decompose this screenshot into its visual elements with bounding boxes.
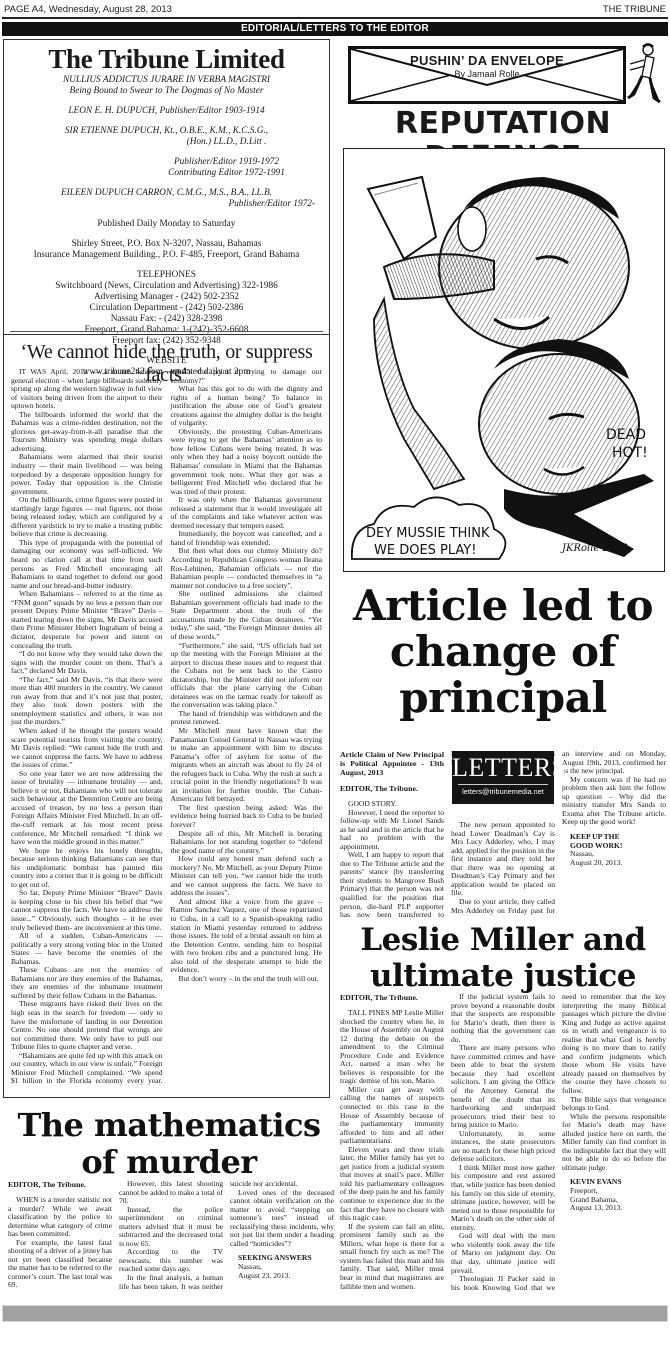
letter-leslie-body: EDITOR, The Tribune. TALL PINES MP Lesli… xyxy=(340,993,666,1293)
paragraph: Miller can get away with calling the nam… xyxy=(340,1086,444,1146)
paragraph: TALL PINES MP Leslie Miller shocked the … xyxy=(340,1009,444,1086)
cartoon-title: REPUTATION DEFENCE xyxy=(338,107,668,141)
motto-translation: Being Bound to Swear to The Dogmas of No… xyxy=(4,86,329,97)
paragraph: On the billboards, crime figures were po… xyxy=(11,496,163,539)
svg-text:JKRolle 2013: JKRolle 2013 xyxy=(560,543,628,554)
paragraph: We hope he enjoys his lonely thoughts, b… xyxy=(11,847,163,890)
paragraph: The Bible says that vengeance belongs to… xyxy=(562,1096,666,1113)
paragraph: The first question being asked: Was the … xyxy=(171,804,323,830)
phone-line: Circulation Department - (242) 502-2386 xyxy=(4,303,329,314)
letter-salutation: EDITOR, The Tribune. xyxy=(340,784,444,793)
paragraph: But then what does our clumsy Ministry d… xyxy=(171,547,323,590)
phone-line: Switchboard (News, Circulation and Adver… xyxy=(4,281,329,292)
letter-headline-principal: Article led to change of principal xyxy=(336,583,670,721)
paragraph: I think Miller must now gather his compo… xyxy=(451,1164,555,1232)
editorial-cartoon: DEY MUSSIE THINK WE DOES PLAY! DEAD HOT!… xyxy=(343,148,665,572)
paragraph: God will deal with the men who violently… xyxy=(451,1232,555,1275)
letter-headline-leslie: Leslie Miller and ultimate justice xyxy=(336,922,670,994)
letter-signoff: SEEKING ANSWERS Nassau, August 23, 2013. xyxy=(230,1254,334,1280)
second-editor-role: Publisher/Editor 1919-1972 xyxy=(4,157,329,168)
letter-kicker: Article Claim of New Principal is Politi… xyxy=(340,750,444,777)
pushing-man-icon xyxy=(626,42,664,108)
paragraph: “The fact,” said Mr Davis, “is that ther… xyxy=(11,676,163,727)
paragraph: All of a sudden, Cuban-Americans — polit… xyxy=(11,932,163,966)
svg-text:HOT!: HOT! xyxy=(612,445,648,461)
letters-logo-label: LETTERS xyxy=(452,753,554,783)
motto: NULLIUS ADDICTUS JURARE IN VERBA MAGISTR… xyxy=(4,75,329,86)
paragraph: “I do not know why they would take down … xyxy=(11,650,163,676)
paragraph: “Furthermore,” she said, “US officials h… xyxy=(171,642,323,710)
paragraph: So one year later we are now addressing … xyxy=(11,770,163,847)
letter-signoff: KEVIN EVANS Freeport, Grand Bahama, Augu… xyxy=(562,1178,666,1212)
paragraph: The new person appointed to head Lower D… xyxy=(451,821,555,898)
founder-line: LEON E. H. DUPUCH, Publisher/Editor 1903… xyxy=(4,106,329,117)
third-editor-role: Publisher/Editor 1972- xyxy=(4,199,329,210)
paper-name: THE TRIBUNE xyxy=(603,4,666,15)
page-info: PAGE A4, Wednesday, August 28, 2013 xyxy=(4,4,172,15)
paragraph: WHEN is a murder statistic not a murder?… xyxy=(8,1196,112,1239)
series-byline: By Jamaal Rolle xyxy=(351,69,623,79)
page-header: PAGE A4, Wednesday, August 28, 2013 THE … xyxy=(4,2,666,16)
footer-bar xyxy=(2,1305,668,1322)
paragraph: What has this got to do with the dignity… xyxy=(171,385,323,428)
paragraph: My concern was if he had no problem then… xyxy=(562,776,666,827)
masthead-title: The Tribune Limited xyxy=(4,44,329,75)
paragraph: When asked if he thought the posters wou… xyxy=(11,727,163,770)
paragraph: She outlined admissions she claimed Baha… xyxy=(171,590,323,641)
address-nassau: Shirley Street, P.O. Box N-3207, Nassau,… xyxy=(4,239,329,250)
envelope-icon: PUSHIN’ DA ENVELOPE By Jamaal Rolle xyxy=(348,46,626,104)
paragraph: This type of propaganda with the potenti… xyxy=(11,539,163,590)
masthead-box: The Tribune Limited NULLIUS ADDICTUS JUR… xyxy=(3,39,330,335)
editorial-body: IT WAS April, 2012 — a month before a ge… xyxy=(11,368,322,1091)
paragraph: IT WAS April, 2012 — a month before a ge… xyxy=(11,368,163,411)
paragraph: There are many persons who have committe… xyxy=(451,1044,555,1129)
cartoon-series-header: PUSHIN’ DA ENVELOPE By Jamaal Rolle xyxy=(340,40,665,108)
paragraph: Instead, the police superintendent on cr… xyxy=(119,1206,223,1249)
paragraph: These Cubans are not the enemies of Baha… xyxy=(11,966,163,1000)
second-editor: SIR ETIENNE DUPUCH, Kt., O.B.E., K.M., K… xyxy=(4,126,329,137)
svg-text:DEAD: DEAD xyxy=(606,427,646,443)
paragraph: Mr Mitchell must have known that the Pan… xyxy=(171,727,323,804)
address-freeport: Insurance Management Building., P.O. F-4… xyxy=(4,250,329,261)
paragraph: When Bahamians – referred to at the time… xyxy=(11,590,163,650)
letter-headline-math: The mathematics of murder xyxy=(2,1107,336,1181)
paragraph: However, I need the reporter to follow-u… xyxy=(340,809,444,852)
second-editor-degrees: (Hon.) LL.D., D.Litt . xyxy=(4,137,329,148)
telephones-heading: TELEPHONES xyxy=(4,270,329,281)
letter-math-body: EDITOR, The Tribune. WHEN is a murder st… xyxy=(8,1180,334,1295)
letters-logo: LETTERS letters@tribunemedia.net xyxy=(452,751,554,804)
paragraph: The billboards informed the world that t… xyxy=(11,411,163,454)
paragraph: And almost like a voice from the grave –… xyxy=(171,898,323,975)
paragraph: Despite all of this, Mr Mitchell is bera… xyxy=(171,830,323,856)
signoff-date: August 13, 2013. xyxy=(570,1204,666,1213)
paragraph: Eleven years and three trials later, the… xyxy=(340,1146,444,1223)
paragraph: According to the TV newscasts, this numb… xyxy=(119,1248,223,1274)
paragraph: Obviously, the protesting Cuban-American… xyxy=(171,428,323,496)
paragraph: Loved ones of the deceased cannot obtain… xyxy=(230,1189,334,1249)
paragraph: But don’t worry – in the end the truth w… xyxy=(171,975,323,984)
paragraph: Unfortunately, in some instances, the st… xyxy=(451,1130,555,1164)
paragraph: For example, the latest fatal shooting o… xyxy=(8,1239,112,1290)
section-banner: EDITORIAL/LETTERS TO THE EDITOR xyxy=(2,22,668,36)
speech-text: DEY MUSSIE THINK xyxy=(366,526,490,541)
paragraph: Immediately, the boycott was cancelled, … xyxy=(171,530,323,547)
series-title: PUSHIN’ DA ENVELOPE xyxy=(351,53,623,68)
second-editor-role-2: Contributing Editor 1972-1991 xyxy=(4,168,329,179)
signoff-date: August 20, 2013. xyxy=(570,859,666,868)
paragraph: So far, Deputy Prime Minister “Brave” Da… xyxy=(11,889,163,932)
letter-salutation: EDITOR, The Tribune. xyxy=(340,993,444,1002)
letter-signoff: KEEP UP THE GOOD WORK! Nassau, August 20… xyxy=(562,833,666,867)
phone-line: Nassau Fax: - (242) 328-2398 xyxy=(4,314,329,325)
letters-email[interactable]: letters@tribunemedia.net xyxy=(452,787,554,796)
editorial-box: ‘We cannot hide the truth, or suppress f… xyxy=(3,335,330,1098)
paragraph: If the judicial system fails to prove be… xyxy=(451,993,555,1044)
paragraph: However, this latest shooting cannot be … xyxy=(119,1180,223,1206)
svg-text:WE DOES PLAY!: WE DOES PLAY! xyxy=(374,543,476,558)
header-rule xyxy=(2,17,668,19)
paragraph: The hand of friendship was withdrawn and… xyxy=(171,710,323,727)
paragraph: If the system can fail an elite, promine… xyxy=(340,1223,444,1291)
paragraph: It was only when the Bahamas government … xyxy=(171,496,323,530)
paragraph: While the persons responsible for Mario’… xyxy=(562,1113,666,1173)
schedule: Published Daily Monday to Saturday xyxy=(4,219,329,230)
third-editor: EILEEN DUPUCH CARRON, C.M.G., M.S., B.A.… xyxy=(4,188,329,199)
signoff-date: August 23, 2013. xyxy=(238,1272,334,1281)
paragraph: Bahamians were alarmed that their touris… xyxy=(11,453,163,496)
paragraph: These migrants have risked their lives o… xyxy=(11,1000,163,1051)
phone-line: Advertising Manager - (242) 502-2352 xyxy=(4,292,329,303)
cartoon-illustration-icon: DEY MUSSIE THINK WE DOES PLAY! DEAD HOT!… xyxy=(344,149,665,572)
letter-salutation: EDITOR, The Tribune. xyxy=(8,1180,112,1189)
paragraph: How could any honest man defend such a m… xyxy=(171,855,323,898)
